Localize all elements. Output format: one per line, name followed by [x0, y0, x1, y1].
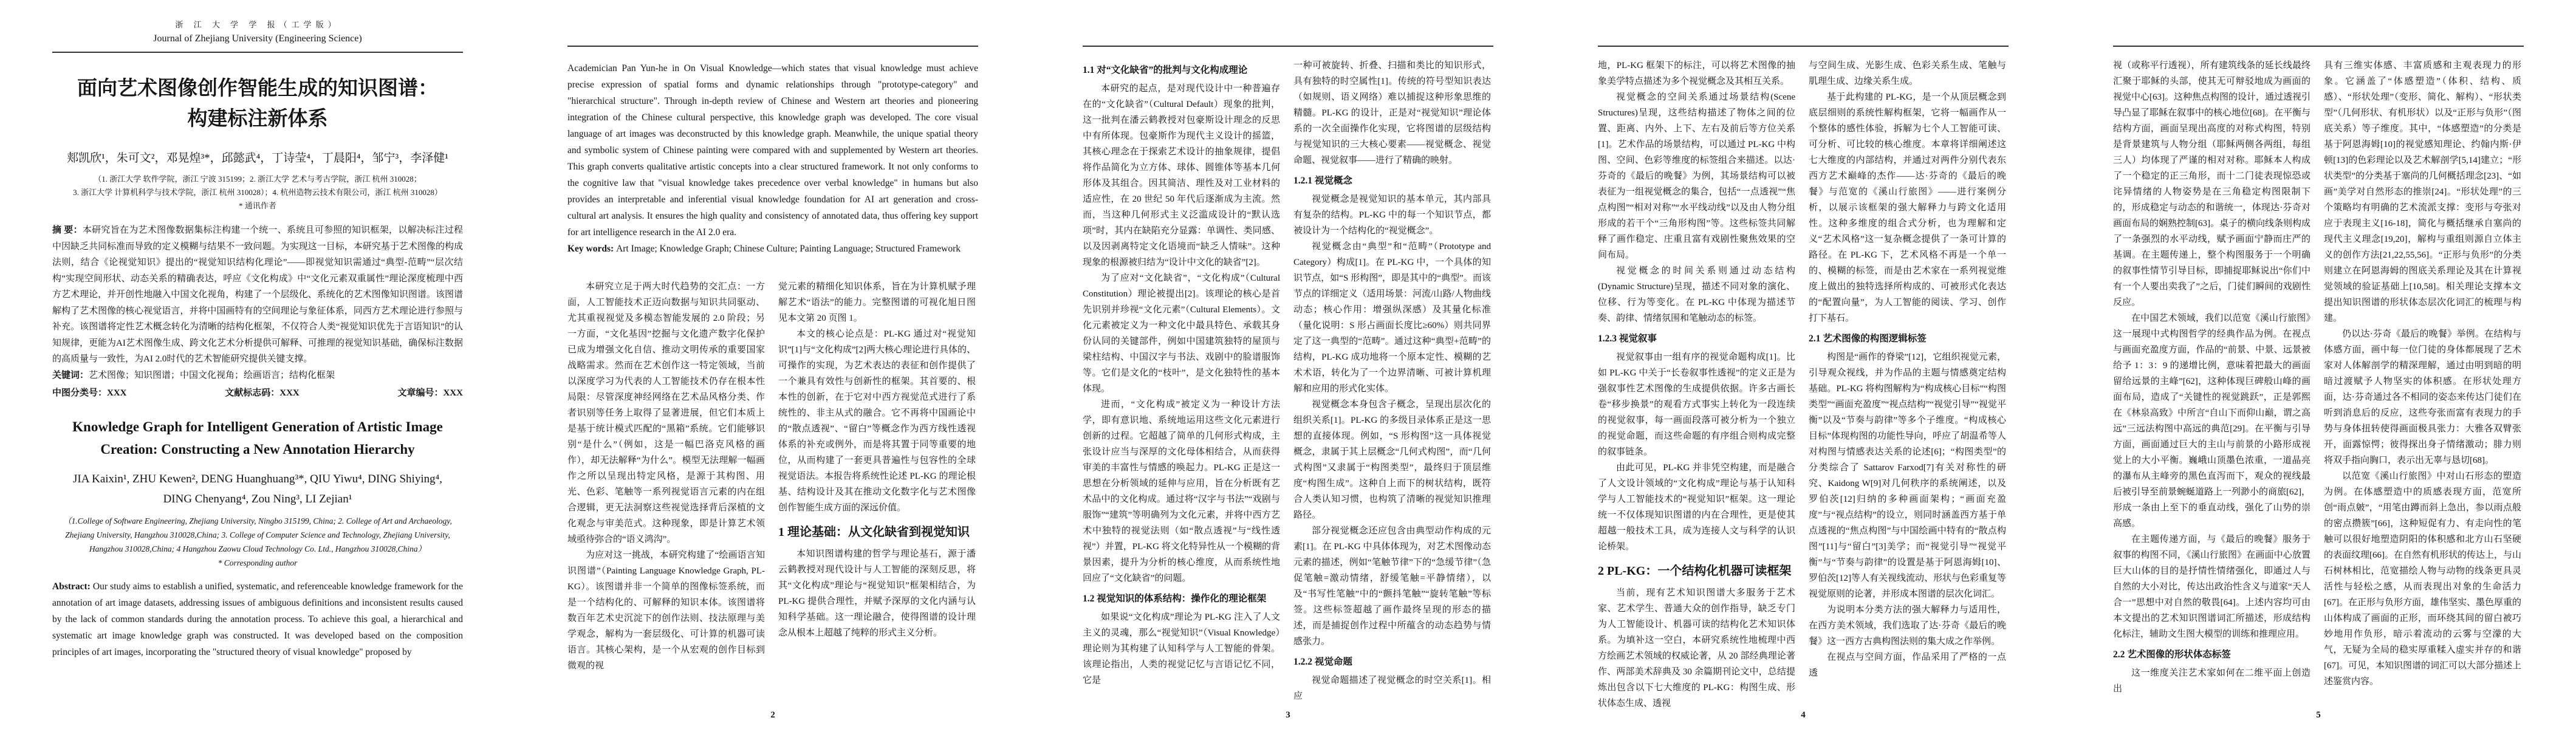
header-rule	[52, 52, 463, 53]
affiliation-en-line1: （1.College of Software Engineering, Zhej…	[52, 514, 463, 528]
page-2-content: Academician Pan Yun-he in On Visual Know…	[567, 46, 978, 674]
journal-name-en: Journal of Zhejiang University (Engineer…	[52, 33, 463, 44]
clc-label: 中图分类号：	[52, 388, 107, 398]
abstract-text-en: Our study aims to establish a unified, s…	[52, 581, 463, 657]
paragraph: 由此可见，PL-KG 并非凭空构建，而是融合了人文设计领域的“文化构成”理论与基…	[1598, 460, 1795, 555]
section-heading: 2.2 艺术图像的形状体态标签	[2113, 647, 2311, 663]
paragraph: 视（或称平行透视），所有建筑线条的延长线最终汇聚于耶稣的头部，使其无可辩驳地成为…	[2113, 58, 2311, 310]
paper-title-cn-line1: 面向艺术图像创作智能生成的知识图谱：	[52, 74, 463, 104]
authors-en-line2: DING Chenyang⁴, Zou Ning³, LI Zejian¹	[52, 489, 463, 509]
column-left: 1.1 对“文化缺省”的批判与文化构成理论本研究的起点，是对现代设计中一种普遍存…	[1083, 58, 1280, 704]
affiliation-cn-line2: 3. 浙江大学 计算机科学与技术学院，浙江 杭州 310028）；4. 杭州造物…	[52, 186, 463, 199]
page-number: 3	[1030, 710, 1546, 720]
paper-title-cn: 面向艺术图像创作智能生成的知识图谱： 构建标注新体系	[52, 74, 463, 134]
authors-en: JIA Kaixin¹, ZHU Kewen², DENG Huanghuang…	[52, 469, 463, 509]
abstract-en-continuation: Academician Pan Yun-he in On Visual Know…	[567, 60, 978, 241]
paragraph: 以范宽《溪山行旅图》中对山石形态的塑造为例。在体感塑造中的质感表现方面，范宽所创…	[2324, 468, 2521, 690]
paragraph: 本文的核心论点是：PL-KG 通过对“视觉知识”[1]与“文化构成”[2]两大核…	[778, 326, 976, 516]
keywords-text-cn: 艺术图像；知识图谱；中国文化视角；绘画语言；结构化框架	[89, 371, 335, 380]
paper-title-en: Knowledge Graph for Intelligent Generati…	[52, 416, 463, 460]
section-heading: 1 理论基础：从文化缺省到视觉知识	[778, 523, 976, 541]
section-heading: 1.2.2 视觉命题	[1293, 654, 1491, 670]
abstract-label-cn: 摘 要：	[52, 225, 83, 235]
paragraph: 为了应对“文化缺省”，“文化构成”（Cultural Constitution）…	[1083, 270, 1280, 397]
paragraph: 这一维度关注艺术家如何在二维平面上创造出	[2113, 665, 2311, 697]
paragraph: 视觉概念本身包含子概念，呈现出层次化的组织关系[1]。PL-KG 的多级目录体系…	[1293, 397, 1491, 523]
document-code: 文献标志码：XXX	[225, 386, 300, 399]
column-left: 视（或称平行透视），所有建筑线条的延长线最终汇聚于耶稣的头部，使其无可辩驳地成为…	[2113, 58, 2311, 697]
page-3: 1.1 对“文化缺省”的批判与文化构成理论本研究的起点，是对现代设计中一种普遍存…	[1030, 0, 1546, 729]
section-heading: 1.2.3 视觉叙事	[1598, 331, 1795, 347]
abstract-cn: 摘 要：本研究旨在为艺术图像数据集标注构建一个统一、系统且可参照的知识框架，以解…	[52, 222, 463, 368]
header-rule	[1598, 46, 2009, 47]
paragraph: 视觉概念由“典型”和“范畴”（Prototype and Category）构成…	[1293, 239, 1491, 397]
page-2: Academician Pan Yun-he in On Visual Know…	[515, 0, 1030, 729]
paragraph: 本研究立足于两大时代趋势的交汇点：一方面，人工智能技术正迈向数据与知识共同驱动、…	[567, 279, 765, 547]
column-left: 地，PL-KG 框架下的标注，可以将艺术图像的抽象美学特点描述为多个视觉概念及其…	[1598, 58, 1795, 711]
paragraph: 如果说“文化构成”理论为 PL-KG 注入了人文主义的灵魂，那么“视觉知识”（V…	[1083, 609, 1280, 688]
paragraph: 为应对这一挑战，本研究构建了“绘画语言知识图谱”（Painting Langua…	[567, 547, 765, 674]
clc-value: XXX	[107, 388, 127, 398]
keywords-text-en: Art Image; Knowledge Graph; Chinese Cult…	[616, 244, 961, 254]
paragraph: 在中国艺术领域，我们以范宽《溪山行旅图》这一展现中式构图哲学的经典作品为例。在视…	[2113, 310, 2311, 532]
page-4: 地，PL-KG 框架下的标注，可以将艺术图像的抽象美学特点描述为多个视觉概念及其…	[1546, 0, 2061, 729]
two-column-body: 本研究立足于两大时代趋势的交汇点：一方面，人工智能技术正迈向数据与知识共同驱动、…	[567, 279, 978, 674]
corresponding-author-note-cn: * 通讯作者	[52, 199, 463, 213]
paragraph: 具有三维实体感、丰富质感和主观表现力的形象。它涵盖了“体感塑造”（体积、结构、质…	[2324, 58, 2521, 326]
two-column-body: 地，PL-KG 框架下的标注，可以将艺术图像的抽象美学特点描述为多个视觉概念及其…	[1598, 58, 2009, 711]
paragraph: 视觉叙事由一组有序的视觉命题构成[1]。比如 PL-KG 中关于“长卷叙事性透视…	[1598, 349, 1795, 460]
abstract-text-cn: 本研究旨在为艺术图像数据集标注构建一个统一、系统且可参照的知识框架，以解决标注过…	[52, 225, 463, 364]
article-id: 文章编号：XXX	[397, 386, 463, 399]
header-rule	[1083, 46, 1493, 47]
classification-row: 中图分类号：XXX 文献标志码：XXX 文章编号：XXX	[52, 386, 463, 399]
column-left: 本研究立足于两大时代趋势的交汇点：一方面，人工智能技术正迈向数据与知识共同驱动、…	[567, 279, 765, 674]
paper-title-cn-line2: 构建标注新体系	[52, 104, 463, 134]
journal-name-cn: 浙 江 大 学 学 报（工学版）	[52, 18, 463, 30]
page-1: 浙 江 大 学 学 报（工学版） Journal of Zhejiang Uni…	[0, 0, 515, 729]
column-right: 一种可被旋转、折叠、扫描和类比的知识形式，具有独特的时空属性[1]。传统的符号型…	[1293, 58, 1491, 704]
affiliation-cn-line1: （1. 浙江大学 软件学院，浙江 宁波 315199；2. 浙江大学 艺术与考古…	[52, 173, 463, 186]
affiliations-en: （1.College of Software Engineering, Zhej…	[52, 514, 463, 570]
paragraph: 当前，现有艺术知识图谱大多服务于艺术家、艺术学生、普通大众的创作指导，缺乏专门为…	[1598, 585, 1795, 711]
paragraph: 本研究的起点，是对现代设计中一种普遍存在的“文化缺省”（Cultural Def…	[1083, 81, 1280, 270]
keywords-en: Key words: Art Image; Knowledge Graph; C…	[567, 241, 978, 257]
paragraph: 仍以达·芬奇《最后的晚餐》举例。在结构与体感方面，画中每一位门徒的身体都展现了艺…	[2324, 326, 2521, 468]
paragraph: 基于此构建的 PL-KG，是一个从顶层概念到底层细则的系统性解构框架，它将一幅画…	[1809, 89, 2006, 326]
article-id-value: XXX	[443, 388, 463, 398]
section-heading: 1.1 对“文化缺省”的批判与文化构成理论	[1083, 63, 1280, 78]
page-5-content: 视（或称平行透视），所有建筑线条的延长线最终汇聚于耶稣的头部，使其无可辩驳地成为…	[2113, 46, 2524, 697]
page-5: 视（或称平行透视），所有建筑线条的延长线最终汇聚于耶稣的头部，使其无可辩驳地成为…	[2061, 0, 2576, 729]
abstract-en: Abstract: Our study aims to establish a …	[52, 578, 463, 660]
paragraph: 本知识图谱构建的哲学与理论基石，源于潘云鹤教授对现代设计与人工智能的深刻反思，将…	[778, 546, 976, 641]
section-heading: 1.2 视觉知识的体系结构：操作化的理论框架	[1083, 591, 1280, 607]
affiliations-cn: （1. 浙江大学 软件学院，浙江 宁波 315199；2. 浙江大学 艺术与考古…	[52, 173, 463, 213]
affiliation-en-line3: Hangzhou 310028,China; 4 Hangzhou Zaowu …	[52, 542, 463, 556]
two-column-body: 1.1 对“文化缺省”的批判与文化构成理论本研究的起点，是对现代设计中一种普遍存…	[1083, 58, 1493, 704]
paragraph: 视觉命题描述了视觉概念的时空关系[1]。相应	[1293, 673, 1491, 704]
paragraph: 视觉概念是视觉知识的基本单元，其内部具有复杂的结构。PL-KG 中的每一个知识节…	[1293, 191, 1491, 239]
authors-cn: 郏凯欣¹，朱可文²，邓晃煌³*，邱懿武⁴，丁诗莹⁴，丁晨阳⁴，邹宁³，李泽健¹	[52, 149, 463, 165]
page-4-content: 地，PL-KG 框架下的标注，可以将艺术图像的抽象美学特点描述为多个视觉概念及其…	[1598, 46, 2009, 711]
paragraph: 地，PL-KG 框架下的标注，可以将艺术图像的抽象美学特点描述为多个视觉概念及其…	[1598, 58, 1795, 89]
paragraph: 与空间生成、光影生成、色彩关系生成、笔触与肌理生成、边缘关系生成。	[1809, 58, 2006, 89]
authors-en-line1: JIA Kaixin¹, ZHU Kewen², DENG Huanghuang…	[52, 469, 463, 489]
paper-title-en-line1: Knowledge Graph for Intelligent Generati…	[52, 416, 463, 438]
corresponding-author-note-en: * Corresponding author	[52, 556, 463, 570]
paragraph: 为说明本分类方法的强大解释力与适用性，在西方美术领域，我们选取了达·芬奇《最后的…	[1809, 602, 2006, 649]
abstract-label-en: Abstract:	[52, 581, 93, 592]
header-rule	[567, 46, 978, 47]
paragraph: 一种可被旋转、折叠、扫描和类比的知识形式，具有独特的时空属性[1]。传统的符号型…	[1293, 58, 1491, 168]
column-right: 具有三维实体感、丰富质感和主观表现力的形象。它涵盖了“体感塑造”（体积、结构、质…	[2324, 58, 2521, 697]
article-id-label: 文章编号：	[397, 388, 443, 398]
page-number: 4	[1546, 710, 2061, 720]
column-right: 与空间生成、光影生成、色彩关系生成、笔触与肌理生成、边缘关系生成。基于此构建的 …	[1809, 58, 2006, 711]
paragraph: 觉元素的精细化知识体系，旨在为计算机赋予理解艺术“语法”的能力。完整图谱的可视化…	[778, 279, 976, 326]
page-3-content: 1.1 对“文化缺省”的批判与文化构成理论本研究的起点，是对现代设计中一种普遍存…	[1083, 46, 1493, 704]
keywords-label-en: Key words:	[567, 244, 616, 254]
page-1-content: 浙 江 大 学 学 报（工学版） Journal of Zhejiang Uni…	[52, 18, 463, 660]
affiliation-en-line2: Zhejiang University, Hangzhou 310028,Chi…	[52, 528, 463, 542]
two-column-body: 视（或称平行透视），所有建筑线条的延长线最终汇聚于耶稣的头部，使其无可辩驳地成为…	[2113, 58, 2524, 697]
section-heading: 2 PL-KG：一个结构化机器可读框架	[1598, 562, 1795, 580]
clc-number: 中图分类号：XXX	[52, 386, 127, 399]
paragraph: 在视点与空间方面，作品采用了严格的一点透	[1809, 649, 2006, 681]
paragraph: 视觉概念的时间关系则通过动态结构(Dynamic Structure)呈现，描述…	[1598, 263, 1795, 326]
paragraph: 部分视觉概念还应包含由典型动作构成的元素[1]。在 PL-KG 中具体体现为，对…	[1293, 523, 1491, 649]
page-number: 2	[515, 710, 1030, 720]
column-right: 觉元素的精细化知识体系，旨在为计算机赋予理解艺术“语法”的能力。完整图谱的可视化…	[778, 279, 976, 674]
section-heading: 1.2.1 视觉概念	[1293, 173, 1491, 189]
paragraph: 在主题传递方面，与《最后的晚餐》服务于叙事的构图不同，《溪山行旅图》在画面中心放…	[2113, 532, 2311, 642]
document-code-value: XXX	[279, 388, 300, 398]
paragraph: 构图是“画作的脊梁”[12]，它组织视觉元素，引导观众视线，并为作品的主题与情感…	[1809, 349, 2006, 602]
paper-title-en-line2: Creation: Constructing a New Annotation …	[52, 438, 463, 460]
paragraph: 视觉概念的空间关系通过场景结构(Scene Structures)呈现，这些结构…	[1598, 89, 1795, 263]
keywords-label-cn: 关键词：	[52, 371, 89, 380]
page-number: 5	[2061, 710, 2576, 720]
paragraph: 进而，“文化构成”被定义为一种设计方法学，即有意识地、系统地运用这些文化元素进行…	[1083, 397, 1280, 586]
section-heading: 2.1 艺术图像的构图逻辑标签	[1809, 331, 2006, 347]
keywords-cn: 关键词：艺术图像；知识图谱；中国文化视角；绘画语言；结构化框架	[52, 368, 463, 384]
document-code-label: 文献标志码：	[225, 388, 279, 398]
header-rule	[2113, 46, 2524, 47]
